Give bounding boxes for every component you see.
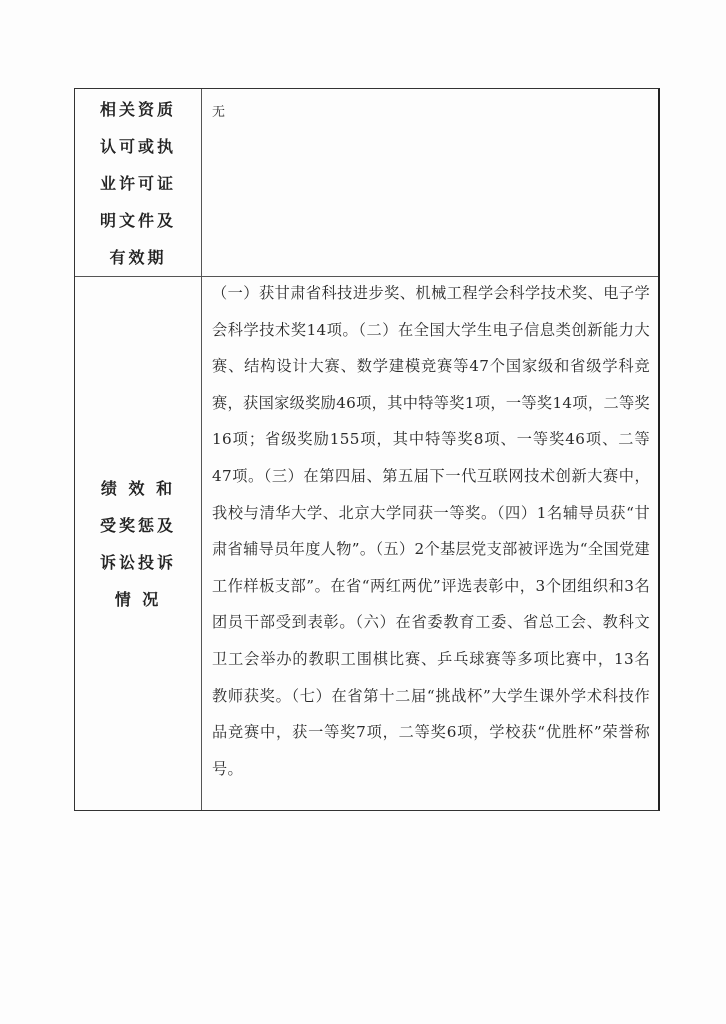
performance-content: （一）获甘肃省科技进步奖、机械工程学会科学技术奖、电子学会科学技术奖14项。（二…: [202, 275, 658, 810]
label-line: 相关资质: [100, 91, 176, 128]
label-line: 诉讼投诉: [100, 544, 176, 581]
label-line: 明文件及: [100, 202, 176, 239]
qualification-content: 无: [202, 89, 658, 276]
label-line: 有效期: [109, 239, 166, 276]
label-line: 绩 效 和: [101, 470, 175, 507]
table-row-performance: 绩 效 和 受奖惩及 诉讼投诉 情 况 （一）获甘肃省科技进步奖、机械工程学会科…: [75, 277, 658, 810]
label-line: 受奖惩及: [100, 507, 176, 544]
info-table: 相关资质 认可或执 业许可证 明文件及 有效期 无 绩 效 和 受奖惩及 诉讼投…: [74, 88, 660, 811]
label-line: 业许可证: [100, 165, 176, 202]
table-row-qualification: 相关资质 认可或执 业许可证 明文件及 有效期 无: [75, 89, 658, 277]
row-label-qualification: 相关资质 认可或执 业许可证 明文件及 有效期: [75, 89, 202, 276]
label-line: 情 况: [115, 581, 162, 618]
row-label-performance: 绩 效 和 受奖惩及 诉讼投诉 情 况: [75, 277, 202, 810]
label-line: 认可或执: [100, 128, 176, 165]
